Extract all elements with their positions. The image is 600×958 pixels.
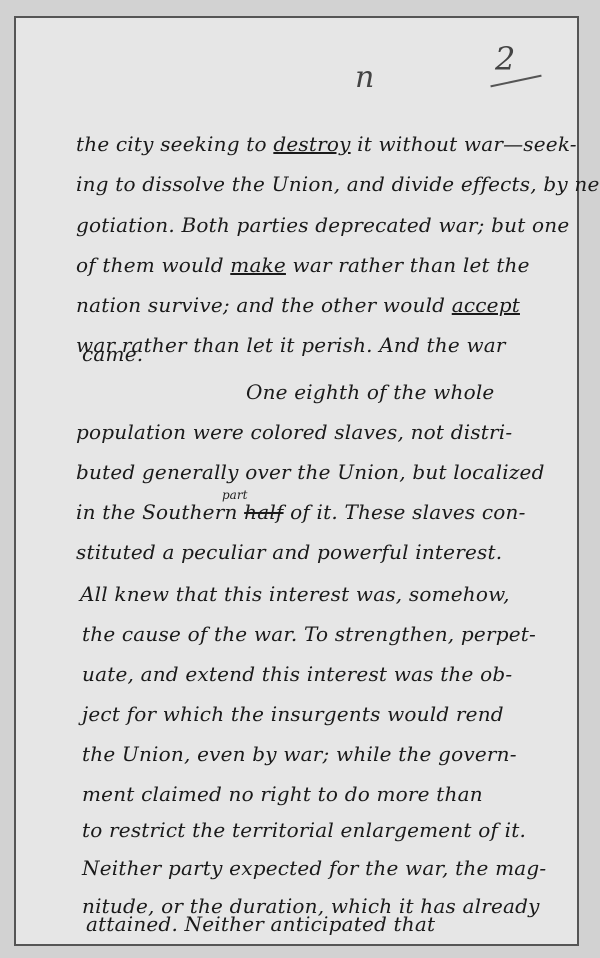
text-line-2: ing to dissolve the Union, and divide ef… — [76, 172, 600, 196]
text: war rather than let the — [286, 253, 530, 277]
text: the city seeking to — [76, 132, 273, 156]
text-line-3: gotiation. Both parties deprecated war; … — [76, 213, 569, 237]
text: of it. These slaves con- — [284, 500, 526, 524]
text-line-4: of them would make war rather than let t… — [76, 253, 530, 277]
text-line-10: buted generally over the Union, but loca… — [76, 460, 545, 484]
text-line-12: stituted a peculiar and powerful interes… — [76, 540, 502, 564]
text-line-13: All knew that this interest was, somehow… — [80, 582, 510, 606]
text: in the Southern — [76, 500, 244, 524]
pencil-mark: n — [355, 60, 374, 95]
text-line-16: ject for which the insurgents would rend — [82, 702, 504, 726]
text-line-1: the city seeking to destroy it without w… — [76, 132, 577, 156]
text-line-20: Neither party expected for the war, the … — [82, 856, 546, 880]
struck-word: half — [244, 500, 283, 524]
underlined-word: make — [230, 253, 286, 277]
text-line-19: to restrict the territorial enlargement … — [82, 818, 526, 842]
text: nation survive; and the other would — [76, 293, 452, 317]
text-line-22: attained. Neither anticipated that — [86, 912, 435, 936]
text: it without war—seek- — [351, 132, 577, 156]
text-line-11: in the Southern half of it. These slaves… — [76, 500, 526, 524]
text-line-7: came. — [82, 342, 143, 366]
text: of them would — [76, 253, 230, 277]
text-line-17: the Union, even by war; while the govern… — [82, 742, 517, 766]
text-line-14: the cause of the war. To strengthen, per… — [82, 622, 536, 646]
paragraph-start-line: One eighth of the whole — [246, 380, 494, 404]
underlined-word: accept — [452, 293, 520, 317]
text-line-15: uate, and extend this interest was the o… — [82, 662, 512, 686]
text-line-18: ment claimed no right to do more than — [82, 782, 483, 806]
underlined-word: destroy — [273, 132, 350, 156]
text-line-5: nation survive; and the other would acce… — [76, 293, 520, 317]
page-number: 2 — [495, 40, 515, 78]
text-line-9: population were colored slaves, not dist… — [76, 420, 512, 444]
insertion-above-line: part — [222, 488, 247, 502]
